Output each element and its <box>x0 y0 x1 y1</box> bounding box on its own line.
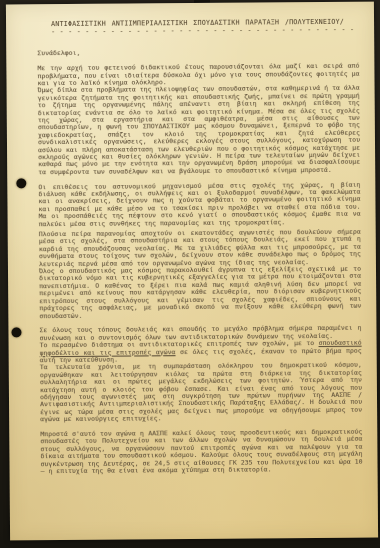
paragraph-4: Πλούσια πείρα παρανομίας αποχτούν οι εκα… <box>39 229 361 269</box>
paragraph-2: Όμως δίπλα στα προβλήματα της πλειοψηφία… <box>38 85 361 176</box>
paragraph-8: Τα τελευταία χρόνια, με τη συμπαράσταση … <box>40 362 362 424</box>
paragraph-3: Οι επιθέσεις του αστυνομικού μηχανισμού … <box>38 181 360 228</box>
paragraph-5: Όλος ο σπουδαστικός μας κόσμος παρακολου… <box>39 266 361 320</box>
salutation: Συνάδελφοι, <box>37 48 359 58</box>
paragraph-9: Μπροστά σ'αυτό τον αγώνα η ΑΑΣΠΕ καλεί ό… <box>40 429 362 476</box>
hole-punch-bottom <box>11 327 21 337</box>
title-underline: - - - - - - - - - - - - - - - - - - - - … <box>51 27 359 37</box>
hole-punch-top <box>16 178 26 188</box>
document-content: ΑΝΤΙΦΑΣΙΣΤΙΚΗ ΑΝΤΙΙΜΠΕΡΙΑΛΙΣΤΙΚΗ ΣΠΟΥΔΑΣ… <box>37 19 363 476</box>
scan-background: ΑΝΤΙΦΑΣΙΣΤΙΚΗ ΑΝΤΙΙΜΠΕΡΙΑΛΙΣΤΙΚΗ ΣΠΟΥΔΑΣ… <box>0 0 380 548</box>
document-page: ΑΝΤΙΦΑΣΙΣΤΙΚΗ ΑΝΤΙΙΜΠΕΡΙΑΛΙΣΤΙΚΗ ΣΠΟΥΔΑΣ… <box>6 2 378 541</box>
